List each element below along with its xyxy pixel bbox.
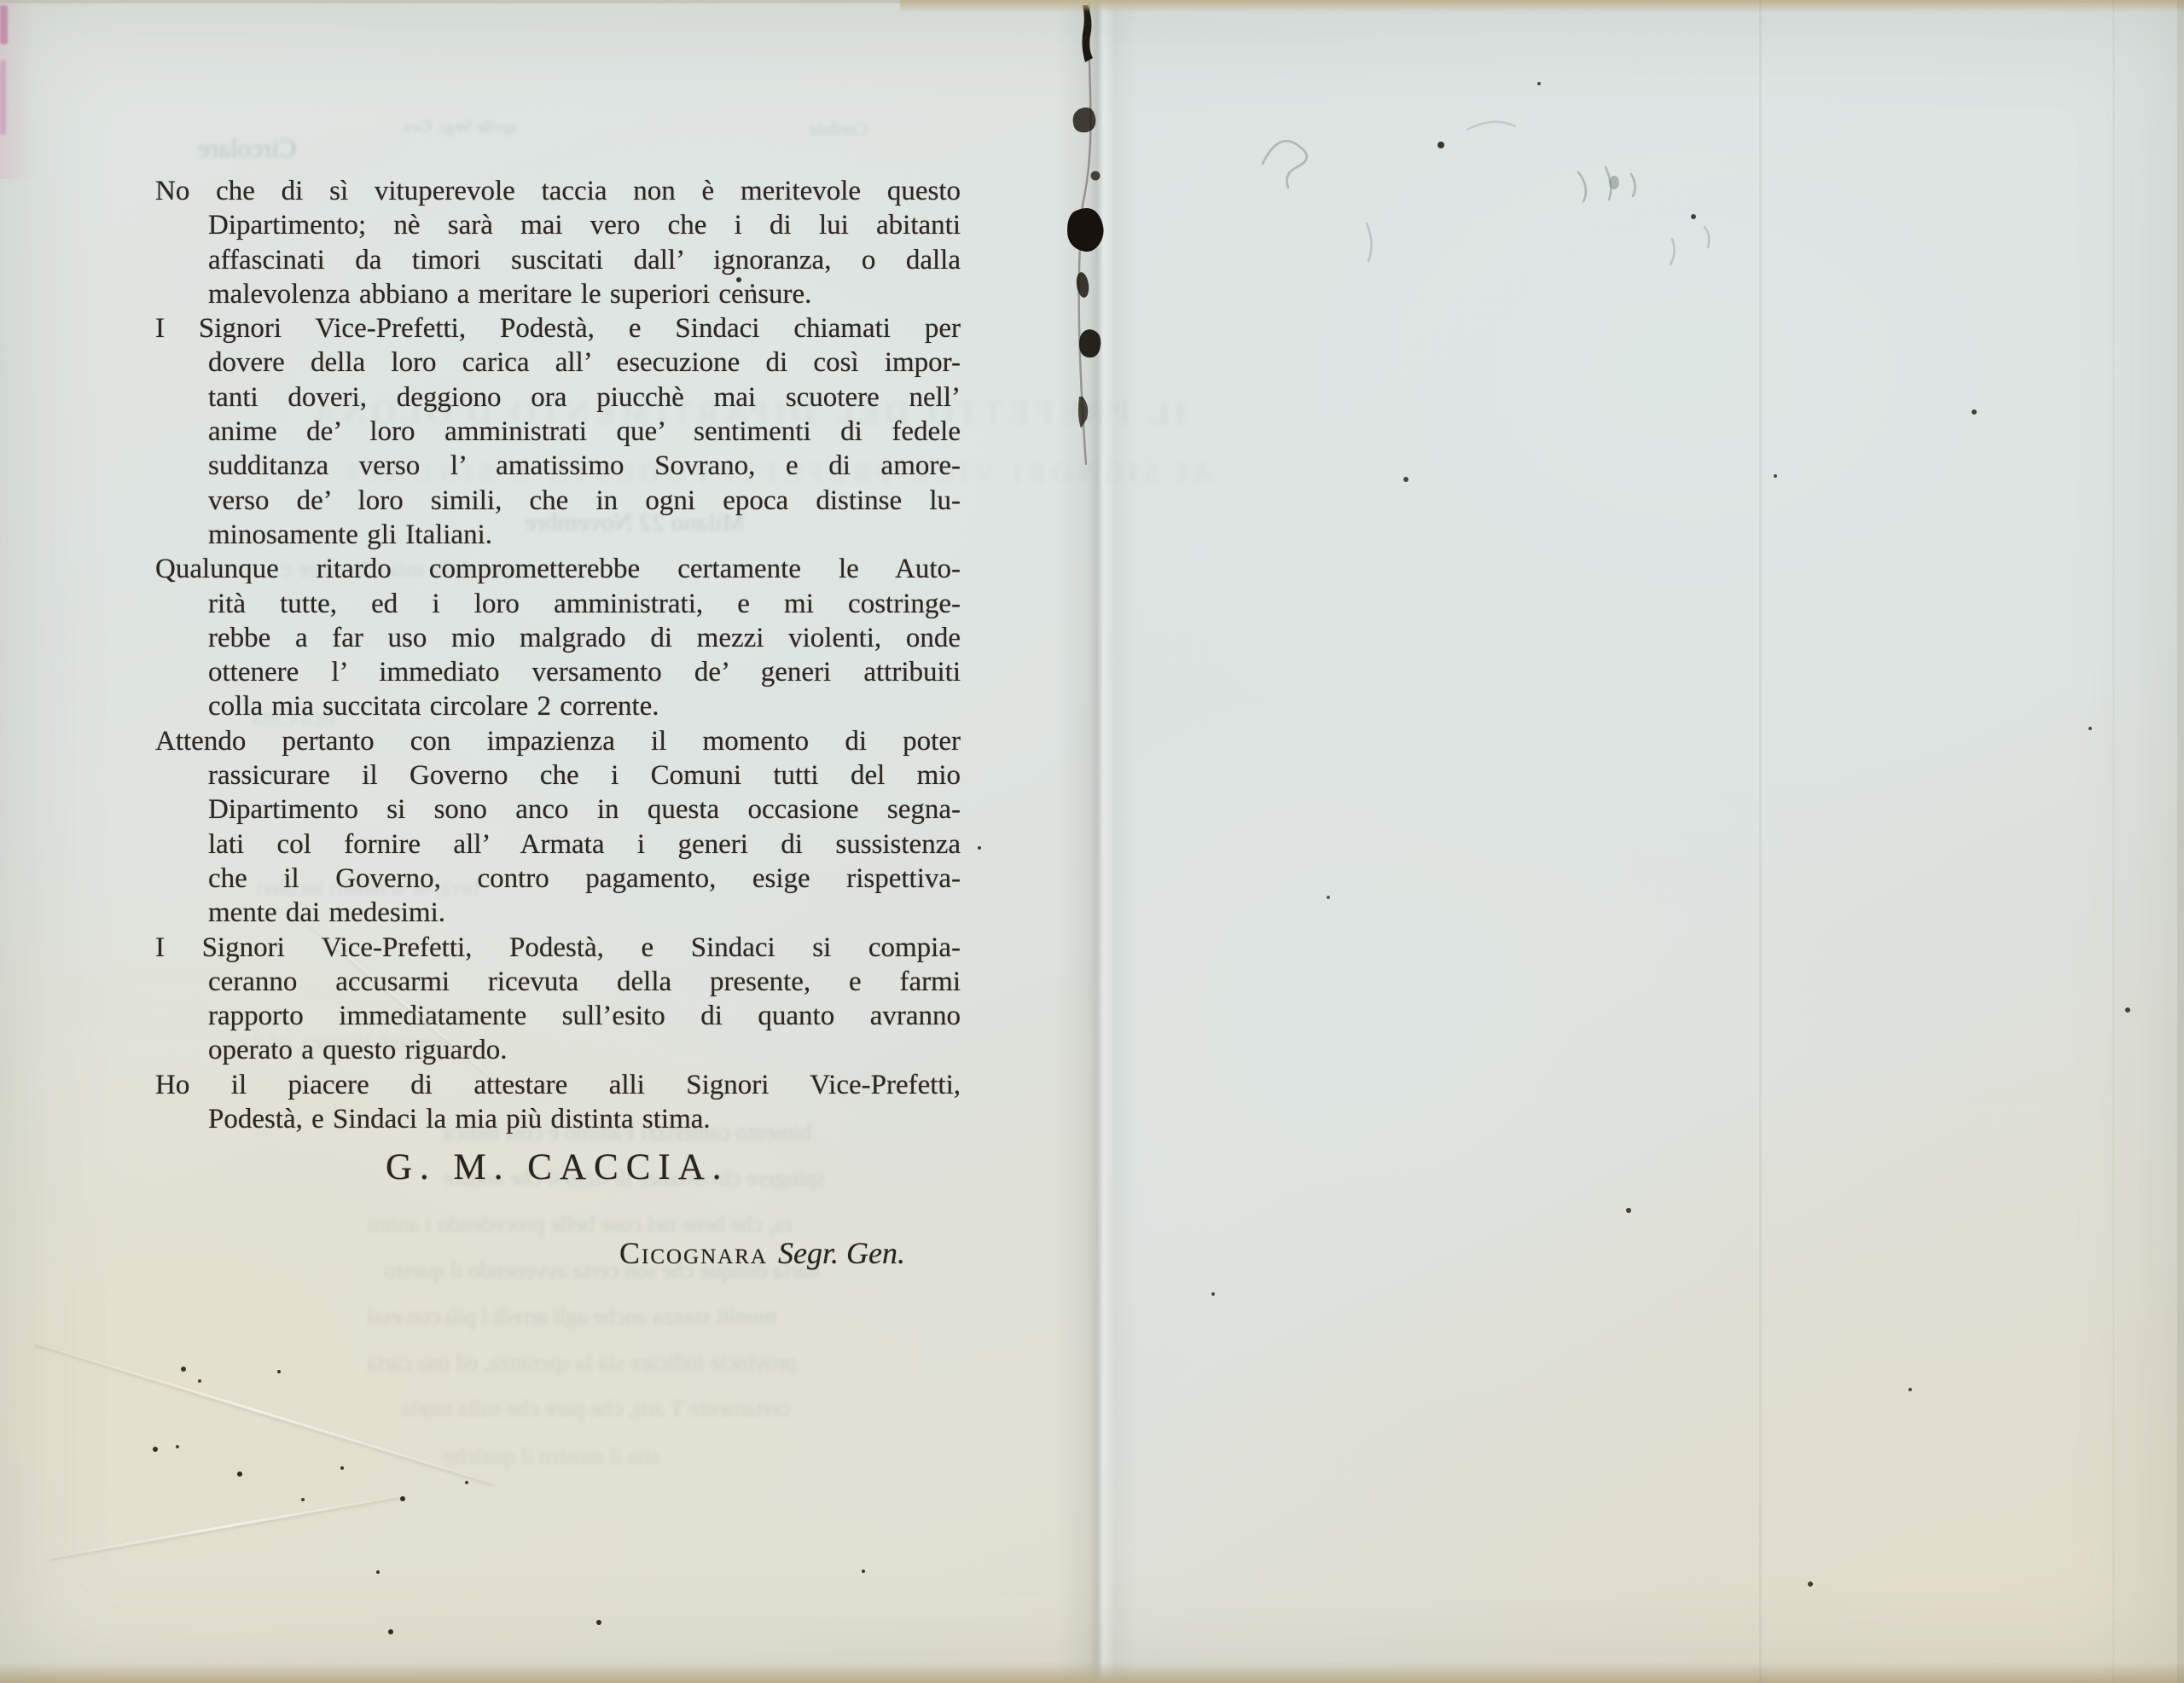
letter-line: rapporto immediatamente sull’esito di qu…	[155, 999, 961, 1033]
secretary-name: Cicognara	[619, 1236, 768, 1270]
letter-line: Qualunque ritardo comprometterebbe certa…	[155, 552, 961, 586]
letter-line: verso de’ loro simili, che in ogni epoca…	[155, 484, 961, 518]
letter-line: anime de’ loro amministrati que’ sentime…	[155, 415, 961, 449]
letter-line: tanti doveri, deggiono ora piucchè mai s…	[155, 380, 961, 415]
letter-line: I Signori Vice-Prefetti, Podestà, e Sind…	[155, 931, 961, 965]
letter-line: colla mia succitata circolare 2 corrente…	[155, 689, 961, 723]
letter-line: mente dai medesimi.	[155, 896, 961, 930]
ink-blots	[1045, 0, 1147, 478]
right-edge	[2177, 0, 2184, 1683]
letter-body: No che di sì vituperevole taccia non è m…	[155, 174, 961, 1136]
letter-line: dovere della loro carica all’ esecuzione…	[155, 345, 961, 380]
secretary-title: Segr. Gen.	[778, 1236, 905, 1270]
letter-line: ottenere l’ immediato versamento de’ gen…	[155, 655, 961, 689]
letter-line: che il Governo, contro pagamento, esige …	[155, 862, 961, 896]
letter-line: I Signori Vice-Prefetti, Podestà, e Sind…	[155, 311, 961, 345]
letter-line: rassicurare il Governo che i Comuni tutt…	[155, 758, 961, 792]
letter-line: operato a questo riguardo.	[155, 1033, 961, 1067]
top-edge-tan	[900, 0, 2184, 12]
letter-line: lati col fornire all’ Armata i generi di…	[155, 827, 961, 862]
letter-line: Dipartimento si sono anco in questa occa…	[155, 792, 961, 827]
letter-line: Ho il piacere di attestare alli Signori …	[155, 1068, 961, 1102]
letter-line: malevolenza abbiano a meritare le superi…	[155, 277, 961, 311]
letter-line: rebbe a far uso mio malgrado di mezzi vi…	[155, 621, 961, 655]
letter-line: No che di sì vituperevole taccia non è m…	[155, 174, 961, 208]
bottom-edge	[0, 1663, 2184, 1683]
letter-line: Attendo pertanto con impazienza il momen…	[155, 724, 961, 758]
pink-edge-mark	[0, 60, 6, 135]
signature-name: G. M. CACCIA.	[386, 1146, 729, 1188]
letter-line: ceranno accusarmi ricevuta della present…	[155, 965, 961, 999]
letter-line: rità tutte, ed i loro amministrati, e mi…	[155, 587, 961, 621]
letter-line: minosamente gli Italiani.	[155, 518, 961, 552]
letter-line: sudditanza verso l’ amatissimo Sovrano, …	[155, 449, 961, 483]
scanned-document: aprile Segr. Ges.CreduteCircolareIL PREF…	[0, 0, 2184, 1683]
signature-secretary: CicognaraSegr. Gen.	[619, 1235, 905, 1271]
letter-line: affascinati da timori suscitati dall’ ig…	[155, 243, 961, 277]
letter-line: Podestà, e Sindaci la mia più distinta s…	[155, 1102, 961, 1136]
pink-edge-mark	[0, 5, 8, 44]
letter-line: Dipartimento; nè sarà mai vero che i di …	[155, 208, 961, 242]
pencil-scrawls	[1211, 43, 1826, 299]
